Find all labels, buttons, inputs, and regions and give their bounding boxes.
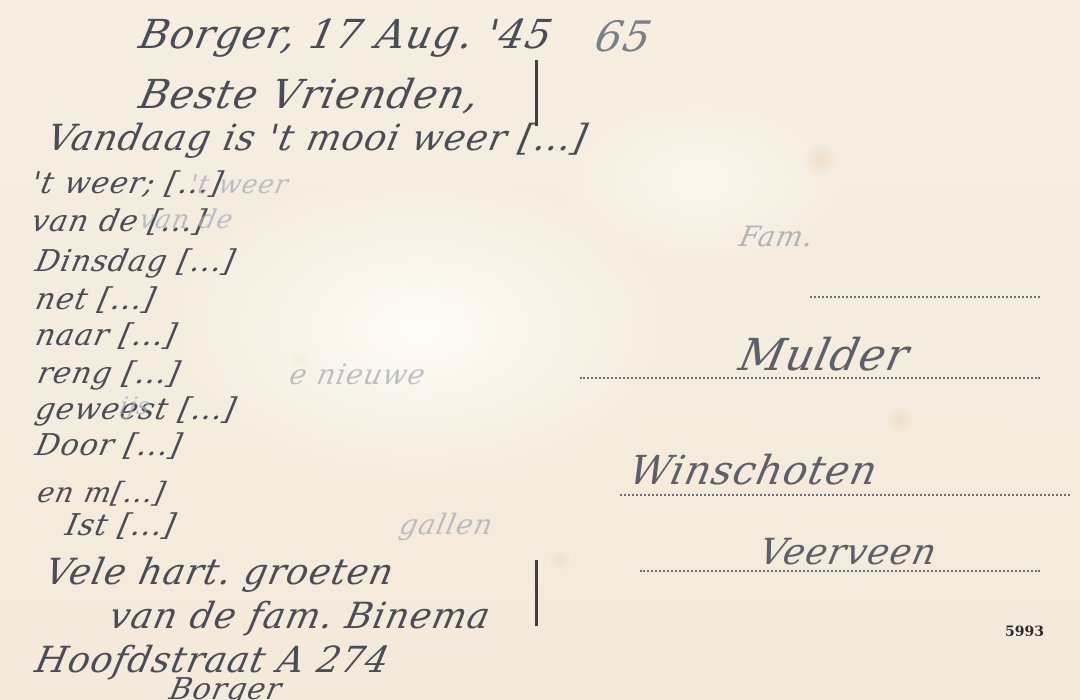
closing-line: Vele hart. groeten [42, 552, 398, 593]
message-line-11: Door [...] [32, 428, 186, 463]
message-text: Vandaag is 't mooi weer [...] [44, 118, 592, 159]
faint-fragment: ijs [117, 392, 153, 420]
address-line-4 [640, 570, 1040, 572]
sender-name: van de fam. Binema [106, 596, 495, 637]
address-name: Mulder [735, 330, 915, 381]
message-line-3: Vandaag is 't mooi weer [...] [44, 118, 592, 159]
address-city: Winschoten [625, 448, 882, 494]
salutation: Beste Vrienden, [135, 72, 484, 118]
date-line: Borger, 17 Aug. '45 [135, 12, 557, 58]
address-line-3 [620, 494, 1070, 496]
message-line-6: Dinsdag [...] [32, 244, 239, 279]
faint-fragment: van de [137, 205, 237, 235]
faint-fragment: 't weer [187, 170, 292, 200]
address-line-2 [580, 377, 1040, 379]
address-prefix: Fam. [736, 220, 817, 253]
faint-fragment: gallen [396, 508, 496, 541]
faint-fragment: e nieuwe [286, 358, 429, 391]
postcard-back: Borger, 17 Aug. '45 Beste Vrienden, Vand… [0, 0, 1080, 700]
sender-town: Borger [166, 672, 285, 700]
address-line-1 [810, 296, 1040, 298]
address-region: Veerveen [756, 532, 941, 573]
message-line-8: naar [...] [32, 318, 180, 353]
message-line-13: Ist [...] [62, 508, 179, 543]
message-line-7: net [...] [32, 282, 159, 317]
corner-pencil-mark: 65 [591, 12, 657, 61]
center-divider-top [535, 60, 538, 126]
message-line-12: en m[...] [34, 476, 169, 509]
center-divider-bottom [535, 560, 538, 626]
message-line-9: reng [...] [34, 356, 184, 391]
serial-number: 5993 [1005, 624, 1044, 640]
